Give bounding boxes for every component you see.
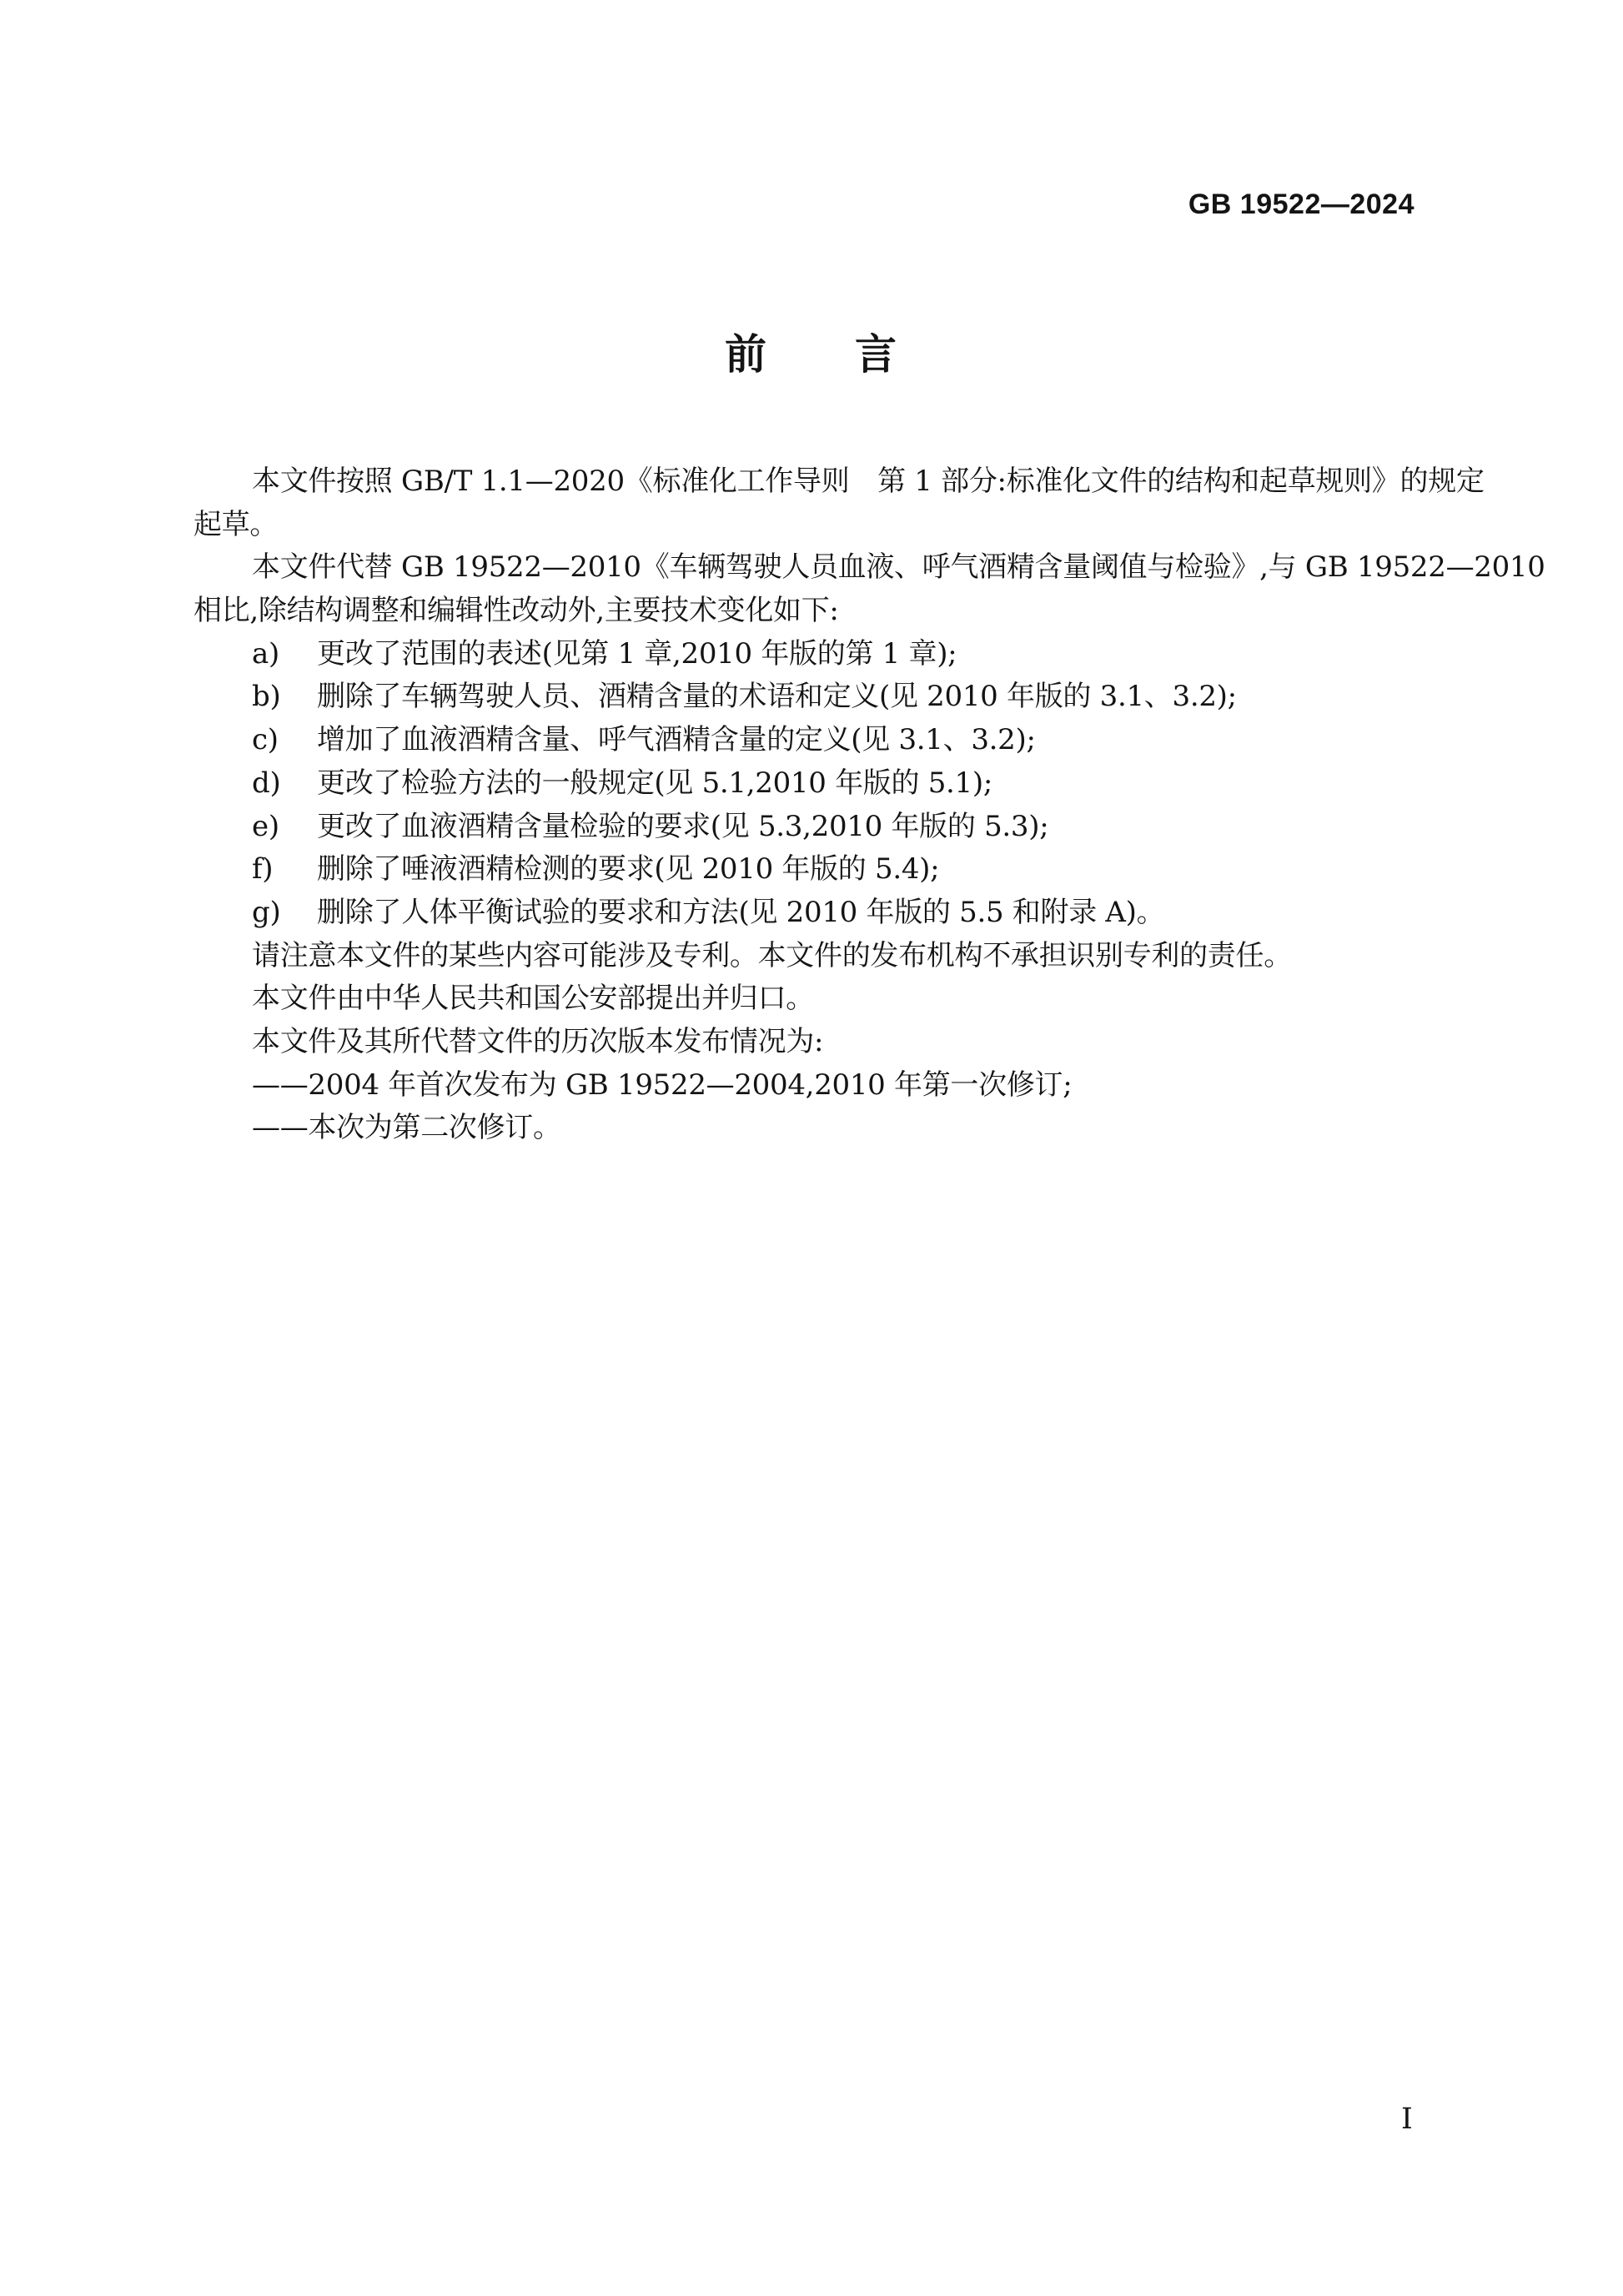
page-title: 前 言 (0, 330, 1623, 379)
change-item-b: b)删除了车辆驾驶人员、酒精含量的术语和定义(见 2010 年版的 3.1、3.… (193, 676, 1436, 719)
list-text-f: 删除了唾液酒精检测的要求(见 2010 年版的 5.4); (317, 852, 939, 886)
change-item-d: d)更改了检验方法的一般规定(见 5.1,2010 年版的 5.1); (193, 762, 1436, 806)
paragraph-line-proposing-body: 本文件由中华人民共和国公安部提出并归口。 (193, 977, 1436, 1021)
list-label-d: d) (252, 762, 317, 806)
list-label-b: b) (252, 676, 317, 719)
paragraph-line-version-history: 本文件及其所代替文件的历次版本发布情况为: (193, 1021, 1436, 1064)
standard-code: GB 19522—2024 (1188, 188, 1414, 221)
change-item-a: a)更改了范围的表述(见第 1 章,2010 年版的第 1 章); (193, 633, 1436, 676)
change-item-g: g)删除了人体平衡试验的要求和方法(见 2010 年版的 5.5 和附录 A)。 (193, 892, 1436, 935)
list-label-g: g) (252, 892, 317, 935)
list-text-c: 增加了血液酒精含量、呼气酒精含量的定义(见 3.1、3.2); (317, 723, 1036, 756)
history-item-first-issue: ——2004 年首次发布为 GB 19522—2004,2010 年第一次修订; (193, 1064, 1436, 1108)
list-label-c: c) (252, 719, 317, 762)
document-page: GB 19522—2024 前 言 本文件按照 GB/T 1.1—2020《标准… (0, 0, 1623, 2296)
list-label-f: f) (252, 848, 317, 892)
list-text-a: 更改了范围的表述(见第 1 章,2010 年版的第 1 章); (317, 637, 957, 671)
list-text-e: 更改了血液酒精含量检验的要求(见 5.3,2010 年版的 5.3); (317, 810, 1048, 843)
paragraph-line-patent-notice: 请注意本文件的某些内容可能涉及专利。本文件的发布机构不承担识别专利的责任。 (193, 935, 1436, 978)
paragraph-line-drafting-rule: 本文件按照 GB/T 1.1—2020《标准化工作导则 第 1 部分:标准化文件… (193, 460, 1436, 504)
history-item-second-revision: ——本次为第二次修订。 (193, 1107, 1436, 1150)
foreword-content: 本文件按照 GB/T 1.1—2020《标准化工作导则 第 1 部分:标准化文件… (193, 460, 1436, 1150)
change-item-c: c)增加了血液酒精含量、呼气酒精含量的定义(见 3.1、3.2); (193, 719, 1436, 762)
list-text-d: 更改了检验方法的一般规定(见 5.1,2010 年版的 5.1); (317, 766, 992, 800)
list-text-g: 删除了人体平衡试验的要求和方法(见 2010 年版的 5.5 和附录 A)。 (317, 896, 1164, 929)
page-number: I (1401, 2103, 1413, 2135)
list-label-a: a) (252, 633, 317, 676)
list-label-e: e) (252, 806, 317, 849)
paragraph-line-drafting-rule-cont: 起草。 (193, 504, 1436, 547)
list-text-b: 删除了车辆驾驶人员、酒精含量的术语和定义(见 2010 年版的 3.1、3.2)… (317, 680, 1237, 713)
paragraph-line-replacement-cont: 相比,除结构调整和编辑性改动外,主要技术变化如下: (193, 590, 1436, 633)
change-item-e: e)更改了血液酒精含量检验的要求(见 5.3,2010 年版的 5.3); (193, 806, 1436, 849)
paragraph-line-replacement: 本文件代替 GB 19522—2010《车辆驾驶人员血液、呼气酒精含量阈值与检验… (193, 546, 1436, 590)
change-item-f: f)删除了唾液酒精检测的要求(见 2010 年版的 5.4); (193, 848, 1436, 892)
